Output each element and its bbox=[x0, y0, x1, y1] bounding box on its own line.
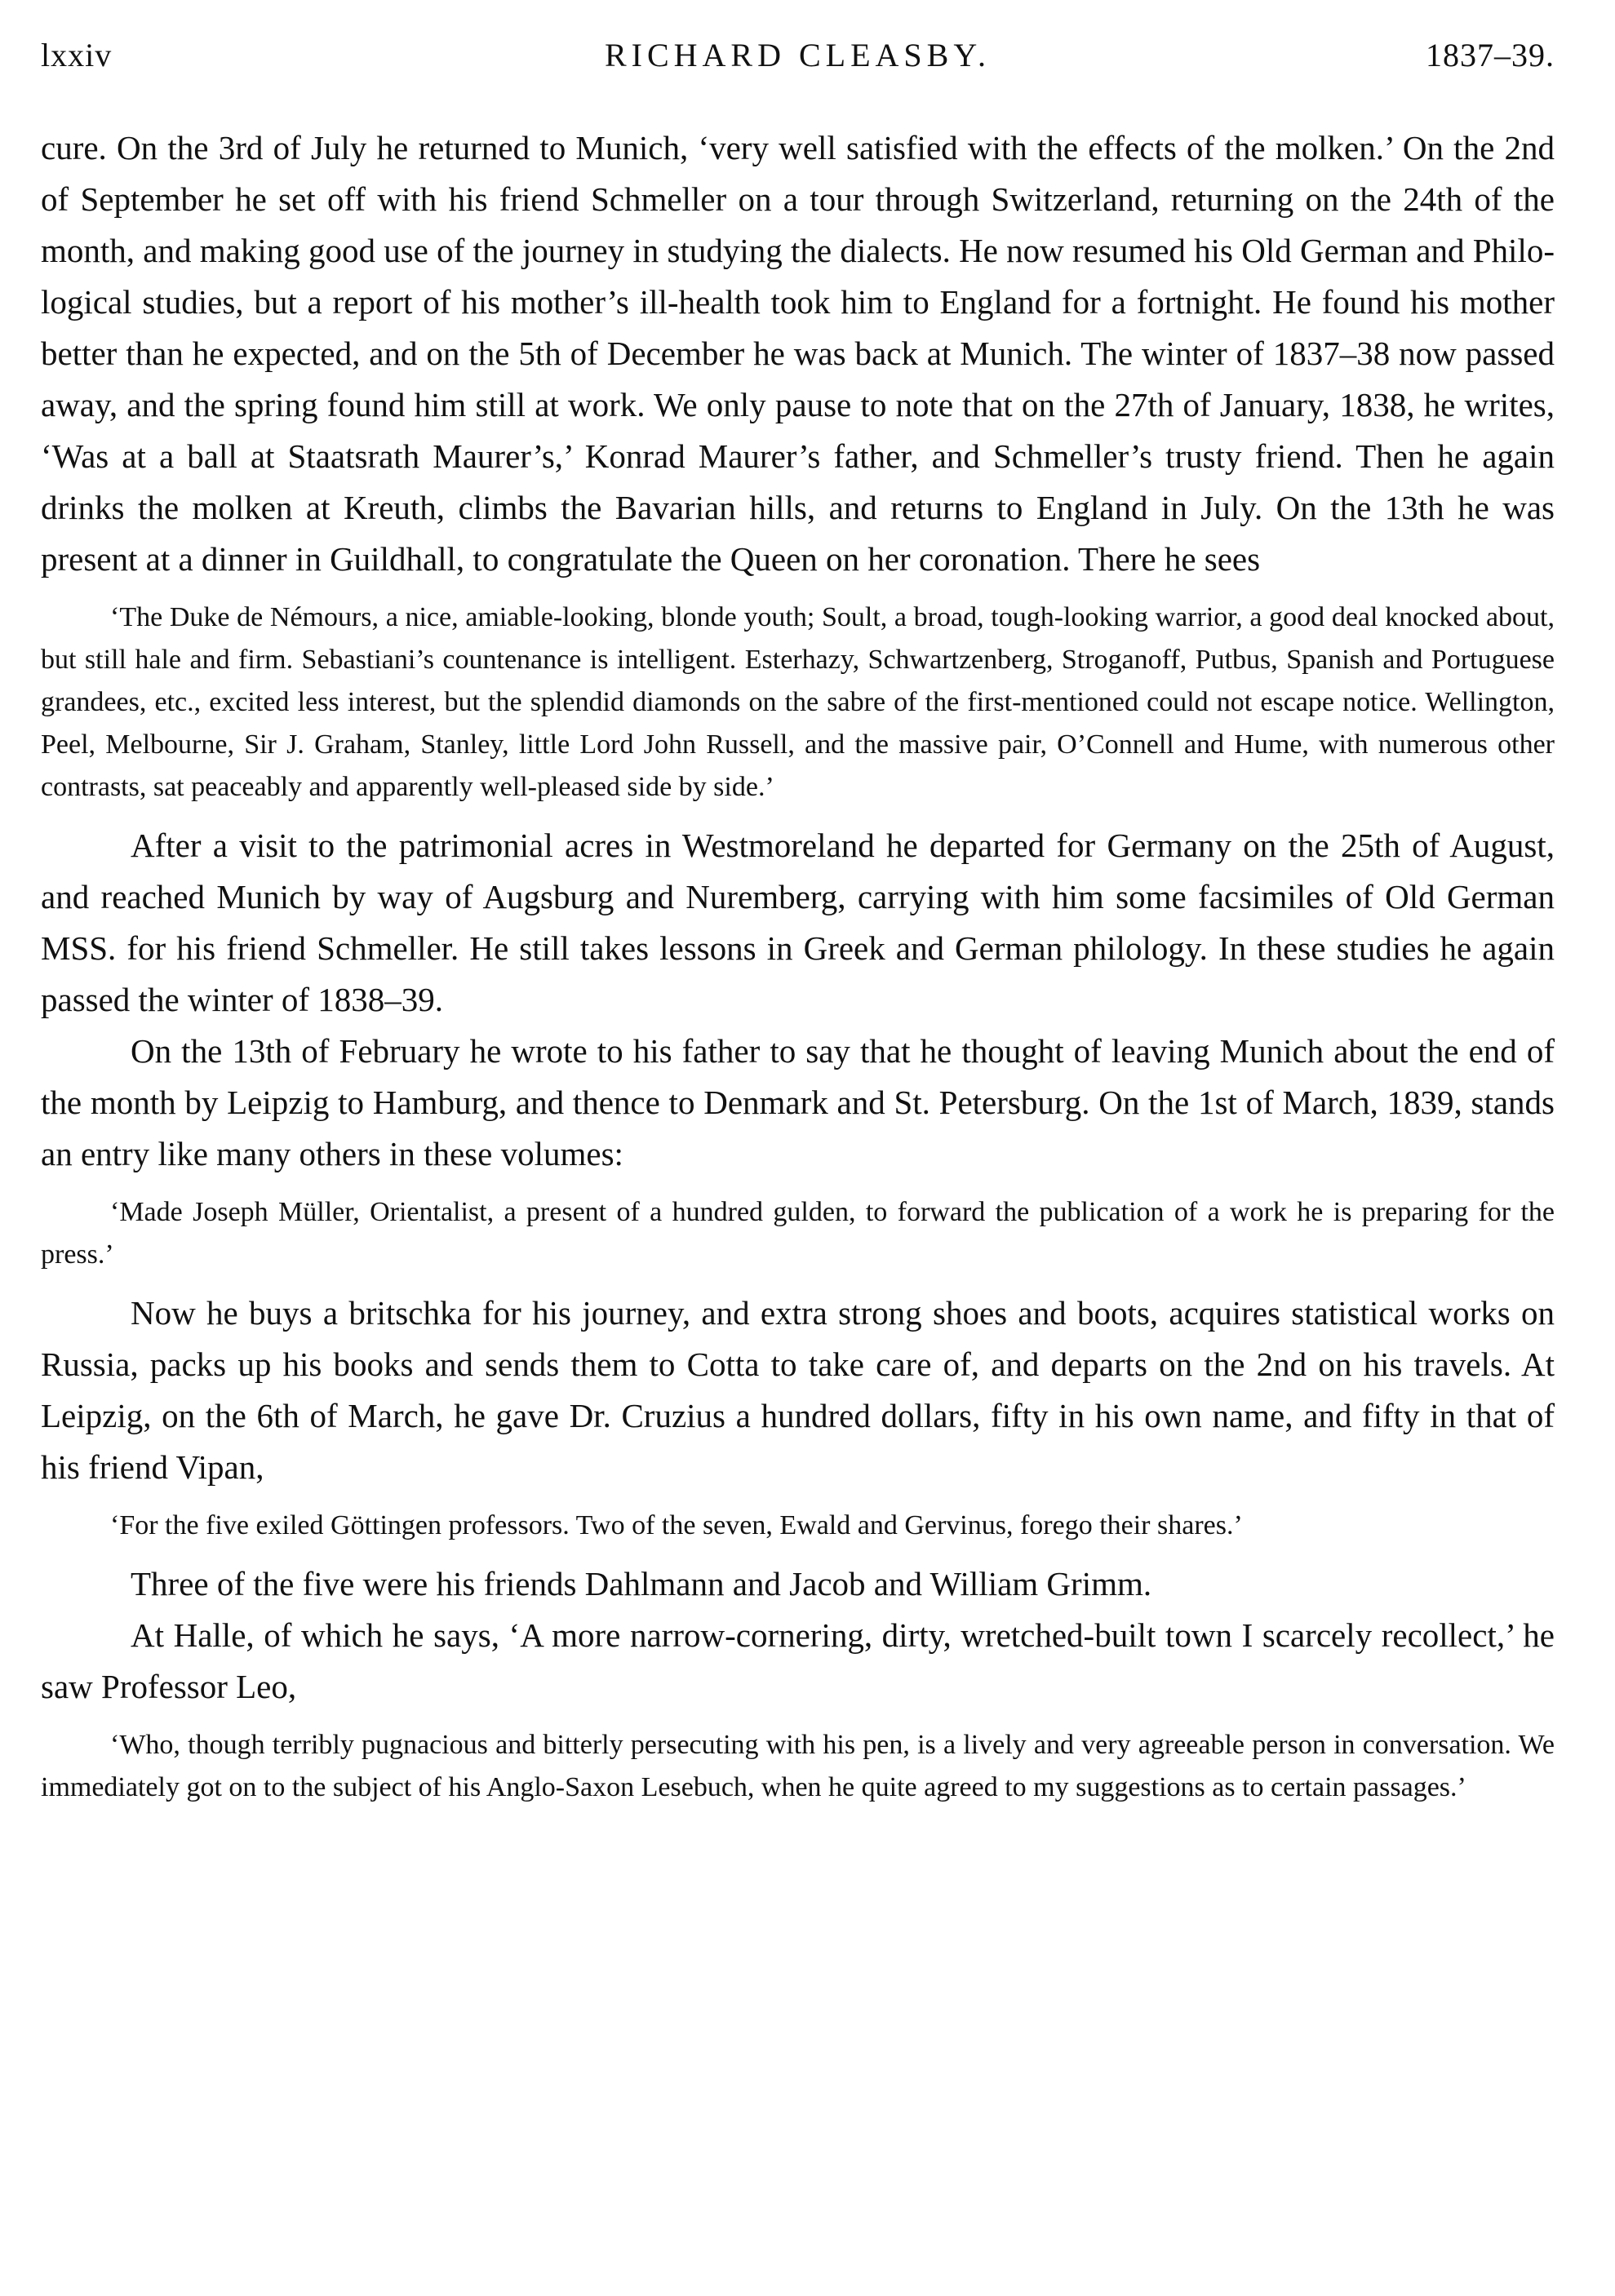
running-head: lxxiv RICHARD CLEASBY. 1837–39. bbox=[41, 36, 1555, 85]
running-title: RICHARD CLEASBY. bbox=[41, 36, 1555, 74]
block-quote-muller: ‘Made Joseph Müller, Orientalist, a pres… bbox=[41, 1191, 1555, 1276]
block-quote-leo: ‘Who, though terribly pugnacious and bit… bbox=[41, 1724, 1555, 1809]
paragraph-february: On the 13th of February he wrote to his … bbox=[41, 1026, 1555, 1180]
running-years: 1837–39. bbox=[1426, 36, 1555, 74]
paragraph-continuation: cure. On the 3rd of July he returned to … bbox=[41, 122, 1555, 585]
paragraph-britschka: Now he buys a britschka for his journey,… bbox=[41, 1288, 1555, 1493]
block-quote-gottingen: ‘For the five exiled Göttingen professor… bbox=[41, 1505, 1555, 1547]
block-quote-guildhall: ‘The Duke de Némours, a nice, amiable-lo… bbox=[41, 596, 1555, 809]
paragraph-halle: At Halle, of which he says, ‘A more narr… bbox=[41, 1610, 1555, 1713]
paragraph-westmoreland: After a visit to the patrimonial acres i… bbox=[41, 820, 1555, 1026]
body-text: cure. On the 3rd of July he returned to … bbox=[41, 122, 1555, 1820]
paragraph-grimm: Three of the five were his friends Dahlm… bbox=[41, 1558, 1555, 1610]
